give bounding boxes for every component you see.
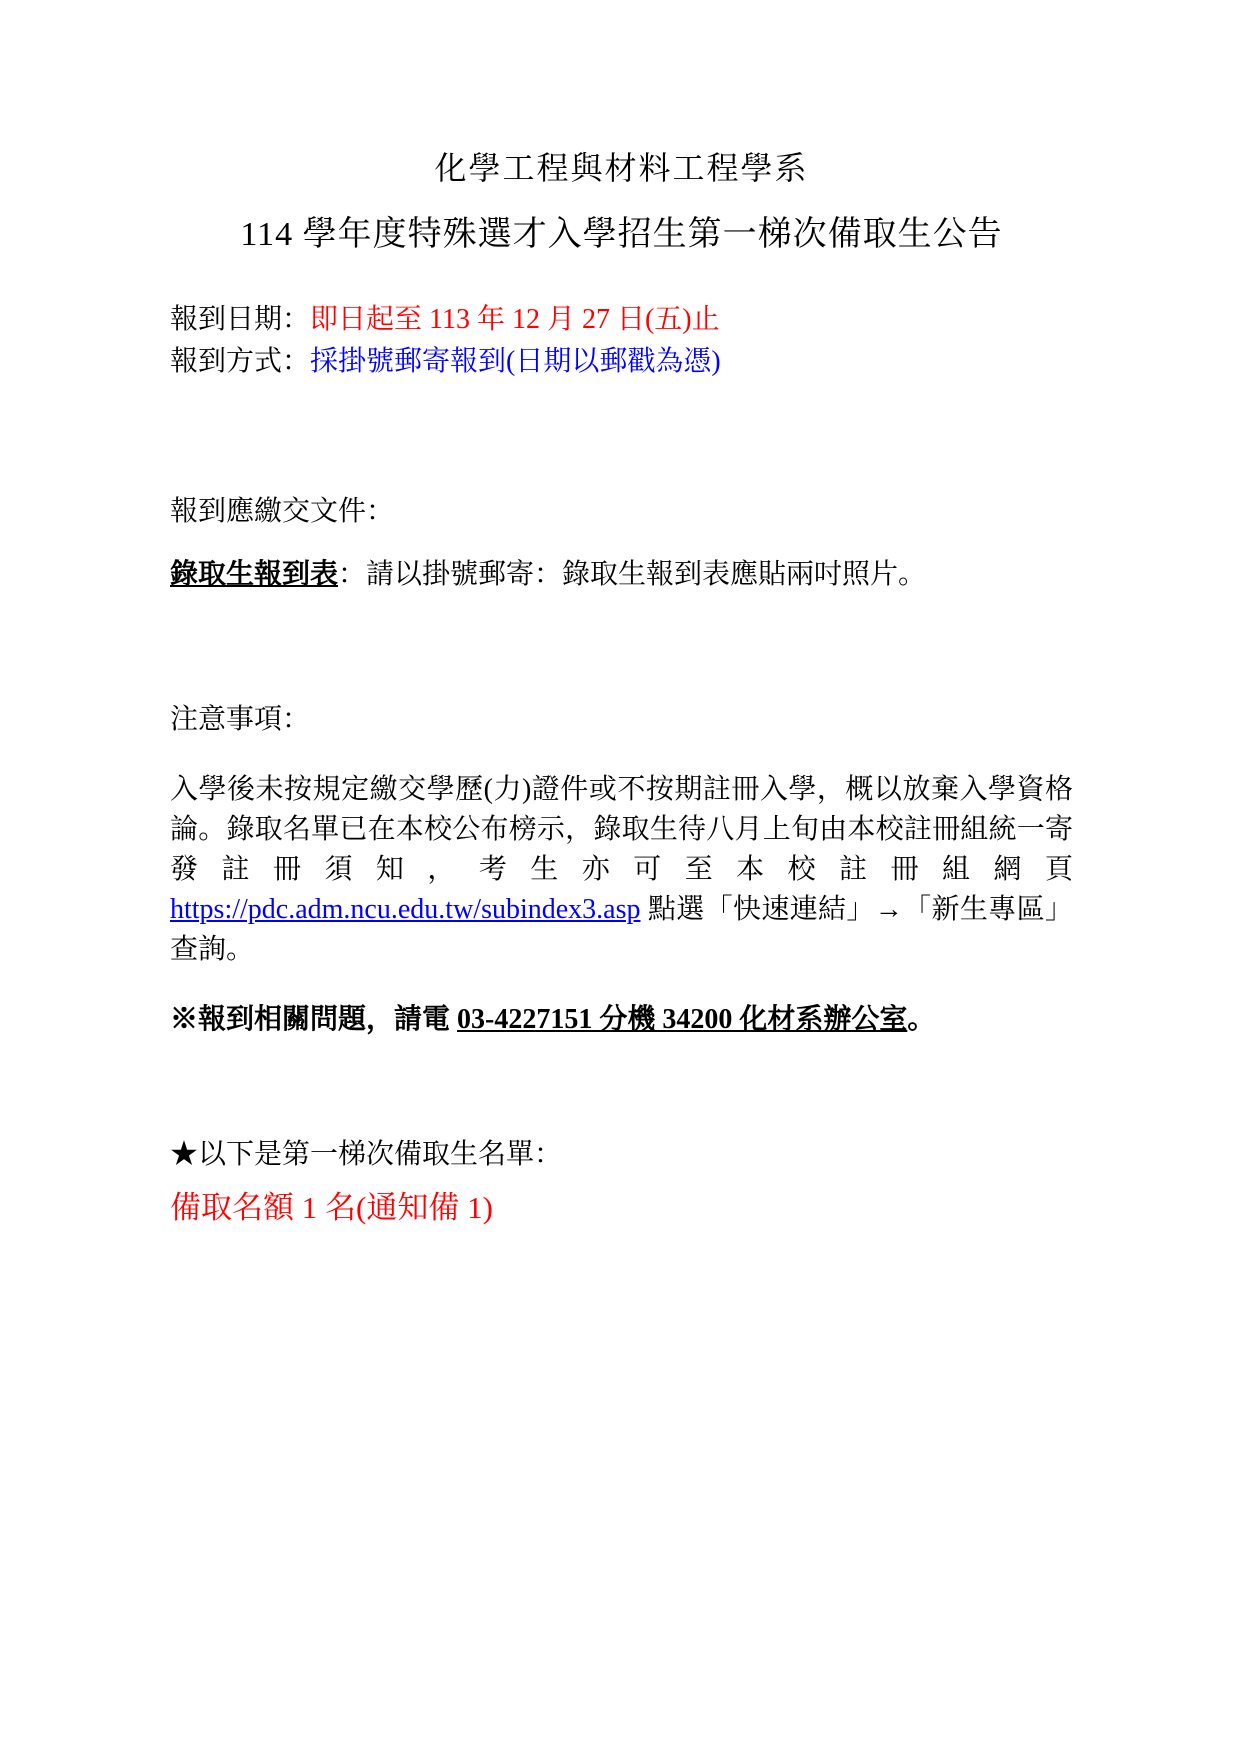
- report-date-label: 報到日期：: [170, 304, 310, 335]
- waitlist-quota: 備取名額 1 名(通知備 1): [170, 1188, 1073, 1228]
- notes-text-before-link: 入學後未按規定繳交學歷(力)證件或不按期註冊入學，概以放棄入學資格論。錄取名單已…: [170, 774, 1073, 885]
- documents-item-separator: ：: [338, 559, 366, 590]
- notes-heading: 注意事項：: [170, 700, 1073, 740]
- notes-paragraph: 入學後未按規定繳交學歷(力)證件或不按期註冊入學，概以放棄入學資格論。錄取名單已…: [170, 770, 1073, 970]
- documents-item-title: 錄取生報到表: [170, 559, 338, 590]
- department-title: 化學工程與材料工程學系: [170, 148, 1073, 188]
- documents-item-line: 錄取生報到表：請以掛號郵寄：錄取生報到表應貼兩吋照片。: [170, 555, 1073, 595]
- documents-item-text: 請以掛號郵寄：錄取生報到表應貼兩吋照片。: [366, 559, 926, 590]
- registration-page-link[interactable]: https://pdc.adm.ncu.edu.tw/subindex3.asp: [170, 894, 641, 925]
- contact-prefix: ※報到相關問題，請電: [170, 1004, 457, 1035]
- report-date-line: 報到日期：即日起至 113 年 12 月 27 日(五)止: [170, 300, 1073, 340]
- announcement-page: 化學工程與材料工程學系 114 學年度特殊選才入學招生第一梯次備取生公告 報到日…: [0, 0, 1241, 1755]
- waitlist-heading: ★以下是第一梯次備取生名單：: [170, 1135, 1073, 1175]
- contact-phone-office: 03-4227151 分機 34200 化材系辦公室: [457, 1004, 907, 1035]
- report-method-label: 報到方式：: [170, 346, 310, 377]
- documents-heading: 報到應繳交文件：: [170, 492, 1073, 532]
- report-method-line: 報到方式：採掛號郵寄報到(日期以郵戳為憑): [170, 342, 1073, 382]
- report-method-value: 採掛號郵寄報到(日期以郵戳為憑): [310, 346, 721, 377]
- contact-suffix: 。: [907, 1004, 935, 1035]
- contact-line: ※報到相關問題，請電 03-4227151 分機 34200 化材系辦公室。: [170, 1000, 1073, 1040]
- report-date-value: 即日起至 113 年 12 月 27 日(五)止: [310, 304, 720, 335]
- announcement-subtitle: 114 學年度特殊選才入學招生第一梯次備取生公告: [170, 215, 1073, 255]
